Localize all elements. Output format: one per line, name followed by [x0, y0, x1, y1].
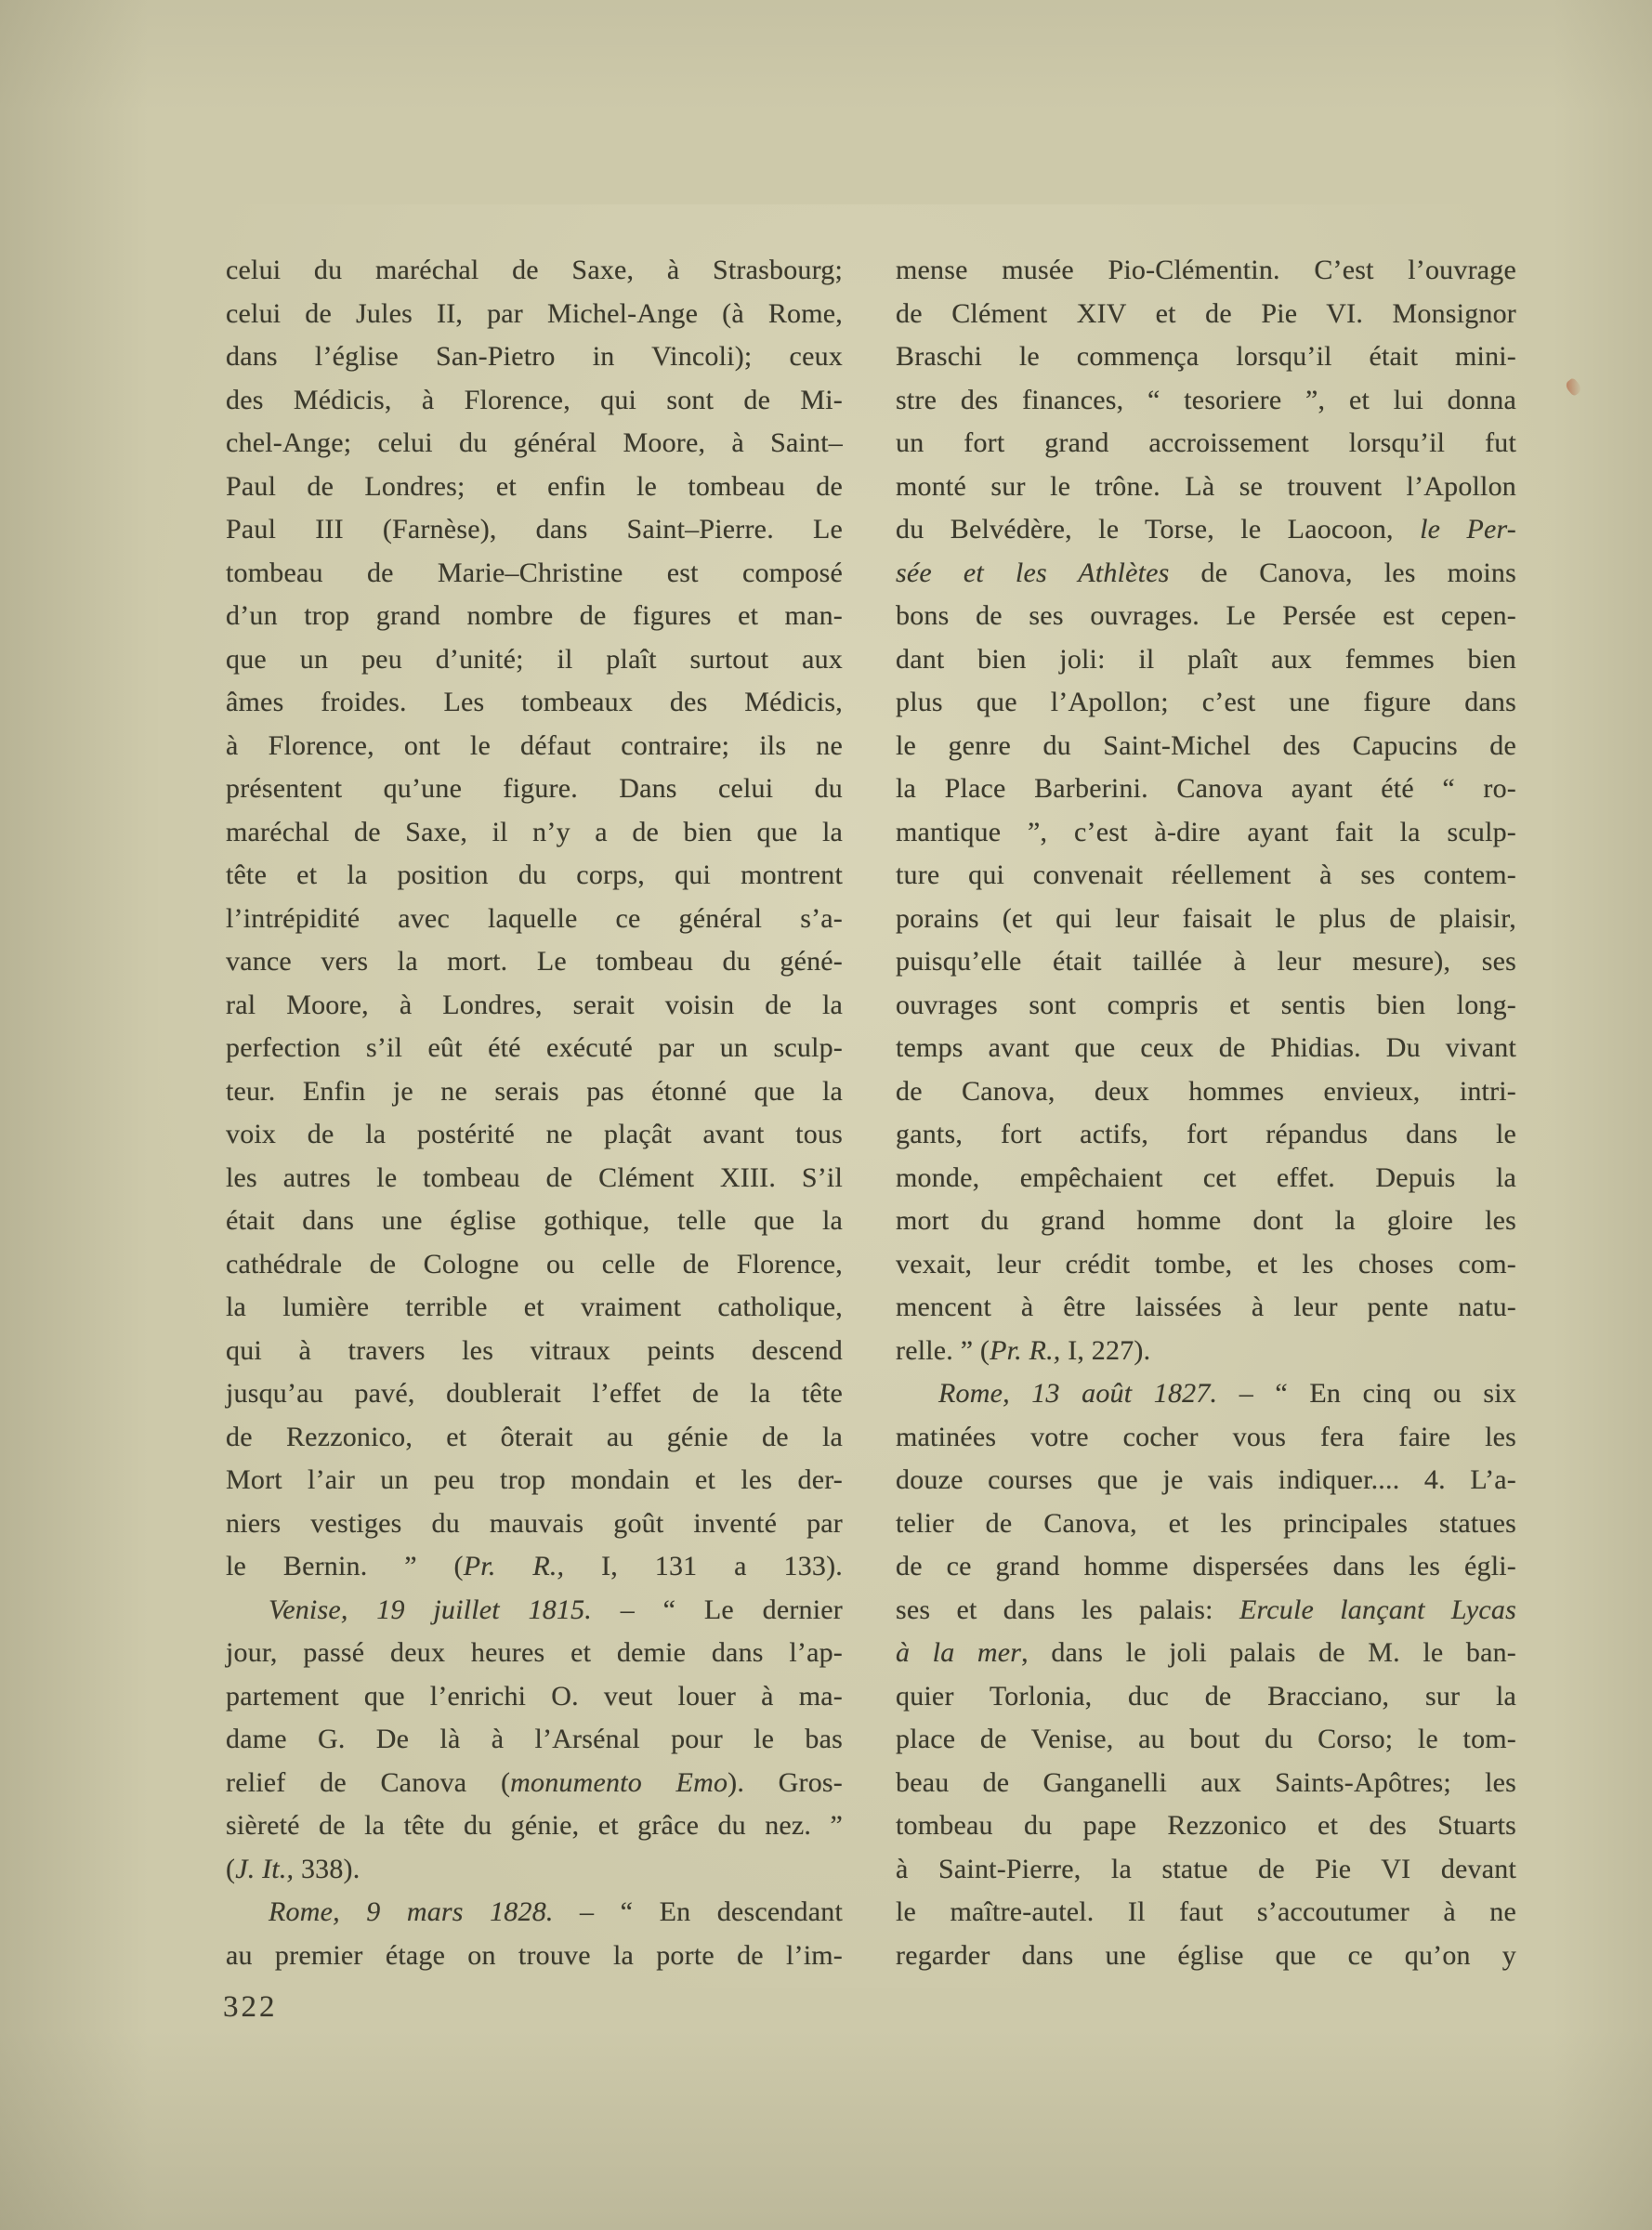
text-line: était dans une église gothique, telle qu… [226, 1200, 843, 1243]
text-segment: qui à travers les vitraux peints descend [226, 1335, 843, 1366]
text-line: sièreté de la tête du génie, et grâce du… [226, 1804, 843, 1848]
text-segment: ses et dans les palais: [896, 1594, 1239, 1625]
text-segment: la lumière terrible et vraiment catholiq… [226, 1292, 843, 1322]
italic-text-segment: Pr. R., [464, 1551, 565, 1581]
text-segment: I, 227). [1061, 1335, 1151, 1366]
text-segment: vance vers la mort. Le tombeau du géné- [226, 946, 843, 977]
text-line: douze courses que je vais indiquer.... 4… [896, 1459, 1516, 1502]
text-segment: monté sur le trône. Là se trouvent l’Apo… [896, 471, 1516, 502]
text-line: mense musée Pio-Clémentin. C’est l’ouvra… [896, 249, 1516, 293]
text-line: Mort l’air un peu trop mondain et les de… [226, 1459, 843, 1502]
text-line: Venise, 19 juillet 1815. – “ Le dernier [226, 1589, 843, 1633]
text-line: vance vers la mort. Le tombeau du géné- [226, 940, 843, 984]
text-line: dans l’église San-Pietro in Vincoli); ce… [226, 335, 843, 379]
text-segment: celui de Jules II, par Michel-Ange (à Ro… [226, 298, 843, 329]
text-segment: de Canova, les moins [1170, 557, 1516, 588]
text-line: regarder dans une église que ce qu’on y [896, 1935, 1516, 1978]
text-segment: tête et la position du corps, qui montre… [226, 859, 843, 890]
text-segment: Mort l’air un peu trop mondain et les de… [226, 1464, 843, 1495]
text-line: jour, passé deux heures et demie dans l’… [226, 1632, 843, 1675]
text-segment: beau de Ganganelli aux Saints-Apôtres; l… [896, 1767, 1516, 1798]
text-segment: voix de la postérité ne plaçât avant tou… [226, 1119, 843, 1149]
text-segment: perfection s’il eût été exécuté par un s… [226, 1032, 843, 1063]
text-segment: de Clément XIV et de Pie VI. Monsignor [896, 298, 1516, 329]
text-segment: au premier étage on trouve la porte de l… [226, 1940, 843, 1971]
text-line: le maître-autel. Il faut s’accoutumer à … [896, 1891, 1516, 1935]
italic-text-segment: Venise, 19 juillet 1815. [269, 1594, 592, 1625]
italic-text-segment: sée et les Athlètes [896, 557, 1170, 588]
text-line: d’un trop grand nombre de figures et man… [226, 595, 843, 638]
text-column-right: mense musée Pio-Clémentin. C’est l’ouvra… [896, 249, 1516, 1977]
text-line: (J. It., 338). [226, 1848, 843, 1892]
text-line: Rome, 13 août 1827. – “ En cinq ou six [896, 1372, 1516, 1416]
text-line: qui à travers les vitraux peints descend [226, 1330, 843, 1373]
text-segment: – “ En cinq ou six [1217, 1378, 1516, 1409]
text-segment: bons de ses ouvrages. Le Persée est cepe… [896, 600, 1516, 631]
text-line: teur. Enfin je ne serais pas étonné que … [226, 1070, 843, 1114]
text-segment: un fort grand accroissement lorsqu’il fu… [896, 427, 1516, 458]
text-line: mantique ”, c’est à-dire ayant fait la s… [896, 811, 1516, 855]
text-line: beau de Ganganelli aux Saints-Apôtres; l… [896, 1762, 1516, 1805]
text-line: celui de Jules II, par Michel-Ange (à Ro… [226, 293, 843, 336]
text-segment: chel-Ange; celui du général Moore, à Sai… [226, 427, 843, 458]
text-line: maréchal de Saxe, il n’y a de bien que l… [226, 811, 843, 855]
text-segment: – “ Le dernier [592, 1594, 843, 1625]
text-segment: l’intrépidité avec laquelle ce général s… [226, 903, 843, 934]
italic-text-segment: Rome, 13 août 1827. [938, 1378, 1217, 1409]
text-segment: monde, empêchaient cet effet. Depuis la [896, 1162, 1516, 1193]
text-line: relle. ” (Pr. R., I, 227). [896, 1330, 1516, 1373]
text-segment: jusqu’au pavé, doublerait l’effet de la … [226, 1378, 843, 1409]
text-segment: ). Gros- [728, 1767, 843, 1798]
text-segment: de Rezzonico, et ôterait au génie de la [226, 1422, 843, 1452]
text-segment: de ce grand homme dispersées dans les ég… [896, 1551, 1516, 1581]
text-segment: le Bernin. ” ( [226, 1551, 464, 1581]
text-segment: mencent à être laissées à leur pente nat… [896, 1292, 1516, 1322]
text-segment: niers vestiges du mauvais goût inventé p… [226, 1508, 843, 1539]
text-line: matinées votre cocher vous fera faire le… [896, 1416, 1516, 1460]
text-line: puisqu’elle était taillée à leur mesure)… [896, 940, 1516, 984]
text-segment: matinées votre cocher vous fera faire le… [896, 1422, 1516, 1452]
text-segment: Paul de Londres; et enfin le tombeau de [226, 471, 843, 502]
text-segment: des Médicis, à Florence, qui sont de Mi- [226, 385, 843, 415]
text-line: Rome, 9 mars 1828. – “ En descendant [226, 1891, 843, 1935]
text-segment: Paul III (Farnèse), dans Saint–Pierre. L… [226, 514, 843, 544]
text-line: tombeau de Marie–Christine est composé [226, 552, 843, 596]
text-segment: que un peu d’unité; il plaît surtout aux [226, 644, 843, 675]
text-line: à Florence, ont le défaut contraire; ils… [226, 725, 843, 768]
text-line: plus que l’Apollon; c’est une figure dan… [896, 681, 1516, 725]
text-line: au premier étage on trouve la porte de l… [226, 1935, 843, 1978]
text-segment: place de Venise, au bout du Corso; le to… [896, 1724, 1516, 1754]
text-segment: quier Torlonia, duc de Bracciano, sur la [896, 1681, 1516, 1712]
scanned-book-page: celui du maréchal de Saxe, à Strasbourg;… [0, 0, 1652, 2230]
text-segment: ouvrages sont compris et sentis bien lon… [896, 990, 1516, 1020]
text-segment: – “ En descendant [554, 1896, 843, 1927]
text-segment: mense musée Pio-Clémentin. C’est l’ouvra… [896, 255, 1516, 285]
text-line: à Saint-Pierre, la statue de Pie VI deva… [896, 1848, 1516, 1892]
text-line: stre des finances, “ tesoriere ”, et lui… [896, 379, 1516, 423]
text-line: gants, fort actifs, fort répandus dans l… [896, 1113, 1516, 1157]
text-column-left: celui du maréchal de Saxe, à Strasbourg;… [226, 249, 843, 1977]
text-segment: la Place Barberini. Canova ayant été “ r… [896, 773, 1516, 804]
text-line: niers vestiges du mauvais goût inventé p… [226, 1502, 843, 1546]
text-segment: mort du grand homme dont la gloire les [896, 1205, 1516, 1236]
text-segment: dant bien joli: il plaît aux femmes bien [896, 644, 1516, 675]
text-line: Braschi le commença lorsqu’il était mini… [896, 335, 1516, 379]
text-line: la Place Barberini. Canova ayant été “ r… [896, 767, 1516, 811]
text-line: présentent qu’une figure. Dans celui du [226, 767, 843, 811]
text-segment: temps avant que ceux de Phidias. Du viva… [896, 1032, 1516, 1063]
text-line: de Rezzonico, et ôterait au génie de la [226, 1416, 843, 1460]
text-segment: partement que l’enrichi O. veut louer à … [226, 1681, 843, 1712]
text-line: les autres le tombeau de Clément XIII. S… [226, 1157, 843, 1200]
text-line: perfection s’il eût été exécuté par un s… [226, 1027, 843, 1070]
italic-text-segment: le Per- [1420, 514, 1516, 544]
text-segment: ral Moore, à Londres, serait voisin de l… [226, 990, 843, 1020]
text-segment: dans l’église San-Pietro in Vincoli); ce… [226, 341, 843, 372]
text-segment: dame G. De là à l’Arsénal pour le bas [226, 1724, 843, 1754]
text-line: porains (et qui leur faisait le plus de … [896, 898, 1516, 941]
text-line: tombeau du pape Rezzonico et des Stuarts [896, 1804, 1516, 1848]
text-line: âmes froides. Les tombeaux des Médicis, [226, 681, 843, 725]
text-segment: regarder dans une église que ce qu’on y [896, 1940, 1516, 1971]
text-line: tête et la position du corps, qui montre… [226, 854, 843, 898]
text-line: que un peu d’unité; il plaît surtout aux [226, 638, 843, 682]
text-segment: sièreté de la tête du génie, et grâce du… [226, 1810, 843, 1841]
text-line: partement que l’enrichi O. veut louer à … [226, 1675, 843, 1719]
text-line: le Bernin. ” (Pr. R., I, 131 a 133). [226, 1545, 843, 1589]
italic-text-segment: Pr. R., [990, 1335, 1060, 1366]
text-segment: celui du maréchal de Saxe, à Strasbourg; [226, 255, 843, 285]
text-line: bons de ses ouvrages. Le Persée est cepe… [896, 595, 1516, 638]
text-line: dame G. De là à l’Arsénal pour le bas [226, 1718, 843, 1762]
text-line: telier de Canova, et les principales sta… [896, 1502, 1516, 1546]
italic-text-segment: monumento Emo [510, 1767, 728, 1798]
text-segment: teur. Enfin je ne serais pas étonné que … [226, 1076, 843, 1107]
italic-text-segment: Rome, 9 mars 1828. [269, 1896, 554, 1927]
text-segment: de Canova, deux hommes envieux, intri- [896, 1076, 1516, 1107]
page-number: 322 [223, 1990, 278, 2025]
text-line: jusqu’au pavé, doublerait l’effet de la … [226, 1372, 843, 1416]
text-line: mort du grand homme dont la gloire les [896, 1200, 1516, 1243]
text-segment: Braschi le commença lorsqu’il était mini… [896, 341, 1516, 372]
text-segment: âmes froides. Les tombeaux des Médicis, [226, 687, 843, 717]
text-line: chel-Ange; celui du général Moore, à Sai… [226, 422, 843, 466]
text-line: à la mer, dans le joli palais de M. le b… [896, 1632, 1516, 1675]
text-line: celui du maréchal de Saxe, à Strasbourg; [226, 249, 843, 293]
text-line: sée et les Athlètes de Canova, les moins [896, 552, 1516, 596]
text-segment: porains (et qui leur faisait le plus de … [896, 903, 1516, 934]
text-segment: à Saint-Pierre, la statue de Pie VI deva… [896, 1854, 1516, 1884]
text-line: Paul de Londres; et enfin le tombeau de [226, 466, 843, 509]
text-line: l’intrépidité avec laquelle ce général s… [226, 898, 843, 941]
text-segment: jour, passé deux heures et demie dans l’… [226, 1637, 843, 1668]
text-line: quier Torlonia, duc de Bracciano, sur la [896, 1675, 1516, 1719]
text-line: Paul III (Farnèse), dans Saint–Pierre. L… [226, 508, 843, 552]
text-line: ouvrages sont compris et sentis bien lon… [896, 984, 1516, 1028]
text-line: monde, empêchaient cet effet. Depuis la [896, 1157, 1516, 1200]
text-line: cathédrale de Cologne ou celle de Floren… [226, 1243, 843, 1287]
text-segment: stre des finances, “ tesoriere ”, et lui… [896, 385, 1516, 415]
text-segment: douze courses que je vais indiquer.... 4… [896, 1464, 1516, 1495]
text-line: temps avant que ceux de Phidias. Du viva… [896, 1027, 1516, 1070]
text-line: monté sur le trône. Là se trouvent l’Apo… [896, 466, 1516, 509]
text-segment: du Belvédère, le Torse, le Laocoon, [896, 514, 1420, 544]
text-line: place de Venise, au bout du Corso; le to… [896, 1718, 1516, 1762]
text-segment: cathédrale de Cologne ou celle de Floren… [226, 1249, 843, 1279]
text-segment: telier de Canova, et les principales sta… [896, 1508, 1516, 1539]
text-segment: vexait, leur crédit tombe, et les choses… [896, 1249, 1516, 1279]
text-line: vexait, leur crédit tombe, et les choses… [896, 1243, 1516, 1287]
text-segment: plus que l’Apollon; c’est une figure dan… [896, 687, 1516, 717]
text-line: le genre du Saint-Michel des Capucins de [896, 725, 1516, 768]
text-line: de Canova, deux hommes envieux, intri- [896, 1070, 1516, 1114]
text-segment: I, 131 a 133). [564, 1551, 843, 1581]
text-segment: gants, fort actifs, fort répandus dans l… [896, 1119, 1516, 1149]
text-segment: relief de Canova ( [226, 1767, 510, 1798]
text-segment: les autres le tombeau de Clément XIII. S… [226, 1162, 843, 1193]
text-line: un fort grand accroissement lorsqu’il fu… [896, 422, 1516, 466]
text-line: ses et dans les palais: Ercule lançant L… [896, 1589, 1516, 1633]
text-segment: mantique ”, c’est à-dire ayant fait la s… [896, 817, 1516, 847]
text-line: la lumière terrible et vraiment catholiq… [226, 1286, 843, 1330]
text-segment: 338). [294, 1854, 360, 1884]
text-segment: maréchal de Saxe, il n’y a de bien que l… [226, 817, 843, 847]
text-line: mencent à être laissées à leur pente nat… [896, 1286, 1516, 1330]
text-segment: présentent qu’une figure. Dans celui du [226, 773, 843, 804]
text-line: voix de la postérité ne plaçât avant tou… [226, 1113, 843, 1157]
italic-text-segment: Ercule lançant Lycas [1239, 1594, 1516, 1625]
text-segment: , dans le joli palais de M. le ban- [1021, 1637, 1516, 1668]
text-line: de ce grand homme dispersées dans les ég… [896, 1545, 1516, 1589]
text-segment: d’un trop grand nombre de figures et man… [226, 600, 843, 631]
text-line: des Médicis, à Florence, qui sont de Mi- [226, 379, 843, 423]
text-segment: ture qui convenait réellement à ses cont… [896, 859, 1516, 890]
text-segment: relle. ” ( [896, 1335, 990, 1366]
italic-text-segment: à la mer [896, 1637, 1021, 1668]
text-line: du Belvédère, le Torse, le Laocoon, le P… [896, 508, 1516, 552]
text-line: de Clément XIV et de Pie VI. Monsignor [896, 293, 1516, 336]
text-segment: à Florence, ont le défaut contraire; ils… [226, 730, 843, 761]
text-segment: était dans une église gothique, telle qu… [226, 1205, 843, 1236]
text-line: ral Moore, à Londres, serait voisin de l… [226, 984, 843, 1028]
text-segment: le maître-autel. Il faut s’accoutumer à … [896, 1896, 1516, 1927]
text-segment: tombeau du pape Rezzonico et des Stuarts [896, 1810, 1516, 1841]
text-segment: le genre du Saint-Michel des Capucins de [896, 730, 1516, 761]
text-segment: ( [226, 1854, 235, 1884]
text-line: relief de Canova (monumento Emo). Gros- [226, 1762, 843, 1805]
text-segment: puisqu’elle était taillée à leur mesure)… [896, 946, 1516, 977]
text-line: dant bien joli: il plaît aux femmes bien [896, 638, 1516, 682]
text-segment: tombeau de Marie–Christine est composé [226, 557, 843, 588]
ink-fleck-mark [1564, 377, 1583, 397]
italic-text-segment: J. It., [235, 1854, 294, 1884]
text-line: ture qui convenait réellement à ses cont… [896, 854, 1516, 898]
